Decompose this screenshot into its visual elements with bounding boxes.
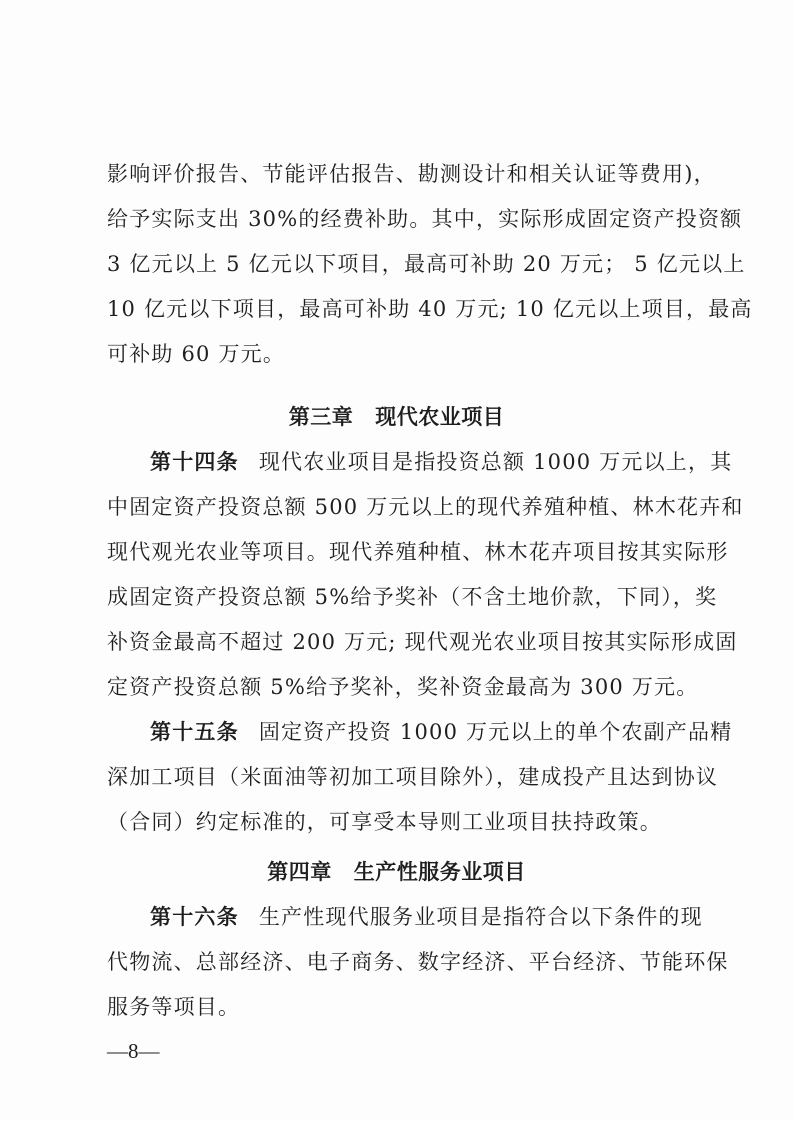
- article-first-line: 第十六条生产性现代服务业项目是指符合以下条件的现: [150, 903, 702, 931]
- chapter-title: 生产性服务业项目: [354, 860, 526, 884]
- article-label: 第十六条: [150, 905, 239, 929]
- paragraph-line: 现代观光农业等项目。现代养殖种植、林木花卉项目按其实际形: [107, 538, 702, 566]
- article-first-line: 第十四条现代农业项目是指投资总额 1000 万元以上，其: [150, 448, 702, 476]
- paragraph-line: 影响评价报告、节能评估报告、勘测设计和相关认证等费用)，: [107, 160, 702, 188]
- page-number: —8—: [107, 1037, 160, 1065]
- article-label: 第十五条: [150, 720, 239, 744]
- paragraph-line: 10 亿元以下项目，最高可补助 40 万元; 10 亿元以上项目，最高: [107, 295, 702, 323]
- chapter-title: 现代农业项目: [375, 405, 504, 429]
- paragraph-line: 定资产投资总额 5%给予奖补，奖补资金最高为 300 万元。: [107, 673, 702, 701]
- paragraph-line: 中固定资产投资总额 500 万元以上的现代养殖种植、林木花卉和: [107, 493, 702, 521]
- paragraph-line: 服务等项目。: [107, 993, 702, 1021]
- chapter-heading: 第四章生产性服务业项目: [0, 858, 793, 886]
- paragraph-line: 3 亿元以上 5 亿元以下项目，最高可补助 20 万元； 5 亿元以上: [107, 250, 702, 278]
- article-first-line: 第十五条固定资产投资 1000 万元以上的单个农副产品精: [150, 718, 702, 746]
- chapter-number: 第三章: [289, 405, 354, 429]
- paragraph-line: （合同）约定标准的，可享受本导则工业项目扶持政策。: [107, 808, 702, 836]
- article-text: 固定资产投资 1000 万元以上的单个农副产品精: [259, 720, 733, 744]
- article-label: 第十四条: [150, 450, 239, 474]
- paragraph-line: 代物流、总部经济、电子商务、数字经济、平台经济、节能环保: [107, 948, 702, 976]
- paragraph-line: 深加工项目（米面油等初加工项目除外），建成投产且达到协议: [107, 763, 702, 791]
- chapter-heading: 第三章现代农业项目: [0, 403, 793, 431]
- paragraph-line: 给予实际支出 30%的经费补助。其中，实际形成固定资产投资额: [107, 205, 702, 233]
- paragraph-line: 可补助 60 万元。: [107, 340, 702, 368]
- article-text: 现代农业项目是指投资总额 1000 万元以上，其: [259, 450, 733, 474]
- article-text: 生产性现代服务业项目是指符合以下条件的现: [259, 905, 703, 929]
- paragraph-line: 补资金最高不超过 200 万元; 现代观光农业项目按其实际形成固: [107, 628, 702, 656]
- paragraph-line: 成固定资产投资总额 5%给予奖补（不含土地价款，下同），奖: [107, 583, 702, 611]
- chapter-number: 第四章: [267, 860, 332, 884]
